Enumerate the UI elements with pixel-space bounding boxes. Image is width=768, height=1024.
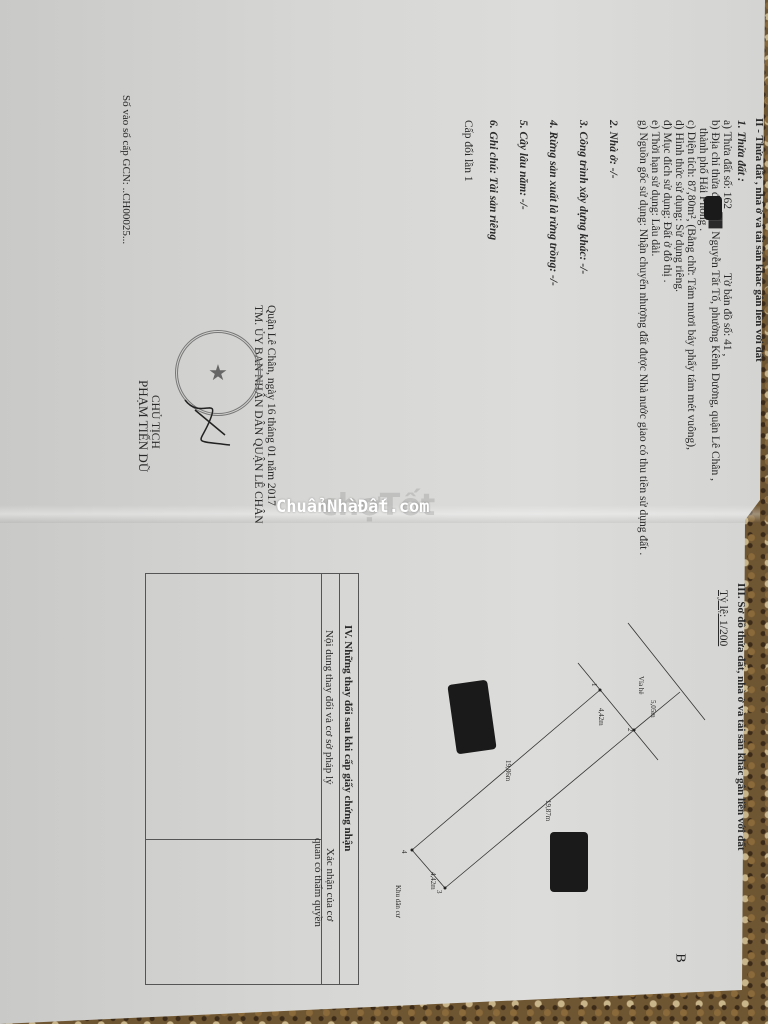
- issue-count: Cấp đổi lần 1: [461, 120, 475, 182]
- watermark-chuannhadat: ChuẩnNhàĐất.com: [276, 497, 430, 517]
- parcel-address: b) Địa chỉ thửa đất: ██ Nguyễn Tất Tố, p…: [708, 120, 722, 481]
- signature: [180, 390, 240, 450]
- vertex-4: 4: [397, 850, 411, 854]
- dim-sidewalk: 5,05m: [646, 700, 660, 718]
- section-4-title: IV. Những thay đổi sau khi cấp giấy chứn…: [341, 625, 355, 851]
- use-form: d) Hình thức sử dụng: Sử dụng riêng.: [672, 120, 686, 292]
- redaction-mark: [704, 196, 722, 220]
- vertex-3: 3: [432, 890, 446, 894]
- parcel-area: c) Diện tích: 87,80m², (Bằng chữ: Tám mư…: [684, 120, 698, 450]
- col-change-content: Nội dung thay đổi và cơ sở pháp lý: [322, 630, 336, 785]
- col-confirm-line2: quan có thẩm quyền: [311, 838, 325, 927]
- notes-item: 6. Ghi chú: Tài sản riêng: [486, 120, 500, 240]
- place-date: Quận Lê Chân, ngày 16 tháng 01 năm 2017: [264, 305, 278, 506]
- use-term: e) Thời hạn sử dụng: Lâu dài.: [648, 120, 662, 256]
- dim-front: 4,42m: [594, 708, 608, 726]
- col-confirm-line1: Xác nhận của cơ: [323, 848, 337, 921]
- registry-number: Số vào sổ cấp GCN: ..CH00025...: [119, 95, 133, 244]
- residential-area-label: Khu dân cư: [391, 885, 405, 918]
- house-item: 2. Nhà ở: -/-: [606, 120, 620, 179]
- use-purpose: đ) Mục đích sử dụng: Đất ở đô thị .: [660, 120, 674, 282]
- signer-name: PHẠM TIẾN DŨ: [136, 380, 150, 472]
- production-forest-item: 4. Rừng sản xuất là rừng trồng: -/-: [546, 120, 560, 286]
- land-heading: 1. Thửa đất :: [734, 120, 748, 182]
- other-construction-item: 3. Công trình xây dựng khác: -/-: [576, 120, 590, 274]
- north-arrow: B: [675, 950, 684, 966]
- map-sheet: Tờ bản đồ số: 41 ,: [720, 273, 734, 356]
- vertex-2: 2: [623, 728, 637, 732]
- use-origin: g) Nguồn gốc sử dụng: Nhận chuyển nhượng…: [636, 120, 650, 555]
- section-2-title: II - Thửa đất , nhà ở và tài sản khác gắ…: [752, 118, 766, 362]
- dim-side-left: 19,86m: [501, 760, 515, 781]
- dim-back: 4,42m: [426, 872, 440, 890]
- perennial-trees-item: 5. Cây lâu năm: -/-: [516, 120, 530, 210]
- vertex-1: 1: [587, 683, 601, 687]
- redaction-mark: [550, 832, 588, 892]
- sidewalk-label: Vỉa hè: [634, 676, 648, 694]
- issuing-authority: TM. ỦY BAN NHÂN DÂN QUẬN LÊ CHÂN: [251, 305, 265, 524]
- section-3-title: III. Sơ đồ thửa đất, nhà ở và tài sản kh…: [734, 583, 748, 851]
- dim-side-right: 19,87m: [541, 800, 555, 821]
- parcel-number: a) Thửa đất số: 162: [720, 120, 734, 209]
